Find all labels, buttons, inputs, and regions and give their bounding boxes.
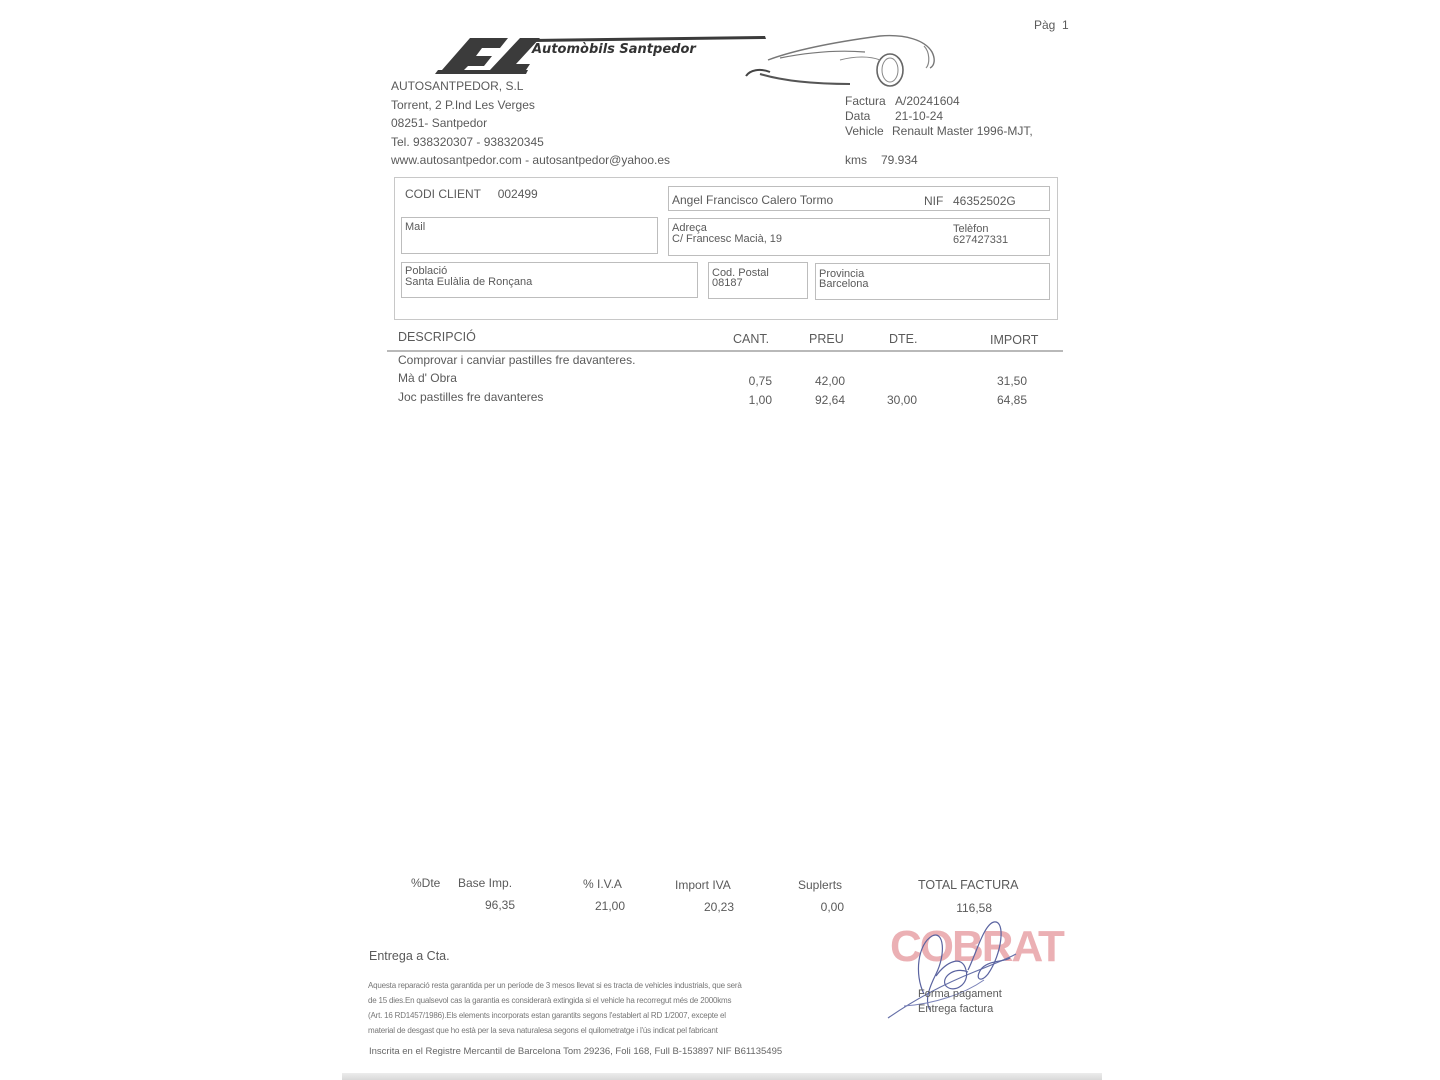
company-web-email: www.autosantpedor.com - autosantpedor@ya… xyxy=(391,151,670,170)
mail-label: Mail xyxy=(405,222,425,233)
vehicle-label: Vehicle xyxy=(845,124,884,138)
kms-value: 79.934 xyxy=(881,153,918,167)
invoice-number-label: Factura xyxy=(845,94,886,108)
line-desc: Joc pastilles fre davanteres xyxy=(398,390,718,404)
company-name: AUTOSANTPEDOR, S.L xyxy=(391,77,670,96)
line-desc: Comprovar i canviar pastilles fre davant… xyxy=(398,353,718,367)
suplerts-value: 0,00 xyxy=(784,900,844,914)
company-address: Torrent, 2 P.Ind Les Verges xyxy=(391,96,670,115)
page-value: 1 xyxy=(1062,18,1069,32)
col-amount-header: IMPORT xyxy=(990,333,1038,347)
total-label: TOTAL FACTURA xyxy=(918,878,1018,892)
iva-label: Import IVA xyxy=(675,878,731,892)
company-city: 08251- Santpedor xyxy=(391,114,670,133)
total-dte-label: %Dte xyxy=(411,876,440,890)
brand-name: Automòbils Santpedor xyxy=(532,42,696,57)
town-box: Població Santa Eulàlia de Ronçana xyxy=(401,262,698,298)
base-value: 96,35 xyxy=(455,898,515,912)
nif-value: 46352502G xyxy=(953,194,1016,208)
line-price: 92,64 xyxy=(785,393,845,407)
warranty-line: (Art. 16 RD1457/1986).Els elements incor… xyxy=(368,1008,788,1023)
suplerts-label: Suplerts xyxy=(798,878,842,892)
iva-pct-value: 21,00 xyxy=(565,899,625,913)
warranty-line: de 15 dies.En qualsevol cas la garantia … xyxy=(368,993,788,1008)
client-name: Angel Francisco Calero Tormo xyxy=(672,193,833,207)
page-bottom-edge xyxy=(342,1073,1102,1080)
car-outline-icon xyxy=(740,30,950,92)
iva-value: 20,23 xyxy=(674,900,734,914)
nif-label: NIF xyxy=(924,194,943,208)
client-code-label: CODI CLIENT xyxy=(405,187,481,201)
company-phone: Tel. 938320307 - 938320345 xyxy=(391,133,670,152)
kms-label: kms xyxy=(845,153,867,167)
town-value: Santa Eulàlia de Ronçana xyxy=(405,277,532,288)
total-value: 116,58 xyxy=(932,901,992,915)
client-code-value: 002499 xyxy=(498,187,538,201)
invoice-date: 21-10-24 xyxy=(895,109,943,123)
line-amount: 64,85 xyxy=(967,393,1027,407)
line-amount: 31,50 xyxy=(967,374,1027,388)
invoice-number: A/20241604 xyxy=(895,94,960,108)
table-header-divider xyxy=(387,350,1063,352)
entrega-label: Entrega a Cta. xyxy=(369,949,450,963)
province-box: Provincia Barcelona xyxy=(815,263,1050,300)
line-qty: 1,00 xyxy=(722,393,772,407)
company-info: AUTOSANTPEDOR, S.L Torrent, 2 P.Ind Les … xyxy=(391,77,670,170)
page-number: Pàg 1 xyxy=(1034,18,1069,32)
mail-box: Mail xyxy=(401,217,658,254)
col-qty-header: CANT. xyxy=(733,332,769,346)
warranty-text: Aquesta reparació resta garantida per un… xyxy=(368,978,788,1038)
line-disc: 30,00 xyxy=(857,393,917,407)
postal-value: 08187 xyxy=(712,278,743,289)
col-desc-header: DESCRIPCIÓ xyxy=(398,330,476,344)
page-label: Pàg xyxy=(1034,18,1055,32)
warranty-line: Aquesta reparació resta garantida per un… xyxy=(368,978,788,993)
line-desc: Mà d' Obra xyxy=(398,371,718,385)
client-code: CODI CLIENT 002499 xyxy=(405,187,538,201)
payment-method-label: Forma pagament xyxy=(918,988,1002,1000)
col-disc-header: DTE. xyxy=(889,332,917,346)
warranty-line: material de desgast que ho està per la s… xyxy=(368,1023,788,1038)
postal-box: Cod. Postal 08187 xyxy=(708,262,808,299)
address-box: Adreça C/ Francesc Macià, 19 Telèfon 627… xyxy=(668,218,1050,256)
client-name-box: Angel Francisco Calero Tormo NIF 4635250… xyxy=(668,186,1050,211)
base-label: Base Imp. xyxy=(458,876,512,890)
col-price-header: PREU xyxy=(809,332,844,346)
line-qty: 0,75 xyxy=(722,374,772,388)
vehicle-value: Renault Master 1996-MJT, xyxy=(892,124,1033,138)
iva-pct-label: % I.V.A xyxy=(583,877,622,891)
province-value: Barcelona xyxy=(819,279,869,290)
address-value: C/ Francesc Macià, 19 xyxy=(672,234,782,245)
phone-value: 627427331 xyxy=(953,235,1008,246)
line-price: 42,00 xyxy=(785,374,845,388)
invoice-date-label: Data xyxy=(845,109,870,123)
payment-method-value: Entrega factura xyxy=(918,1003,993,1015)
registry-text: Inscrita en el Registre Mercantil de Bar… xyxy=(369,1046,782,1057)
